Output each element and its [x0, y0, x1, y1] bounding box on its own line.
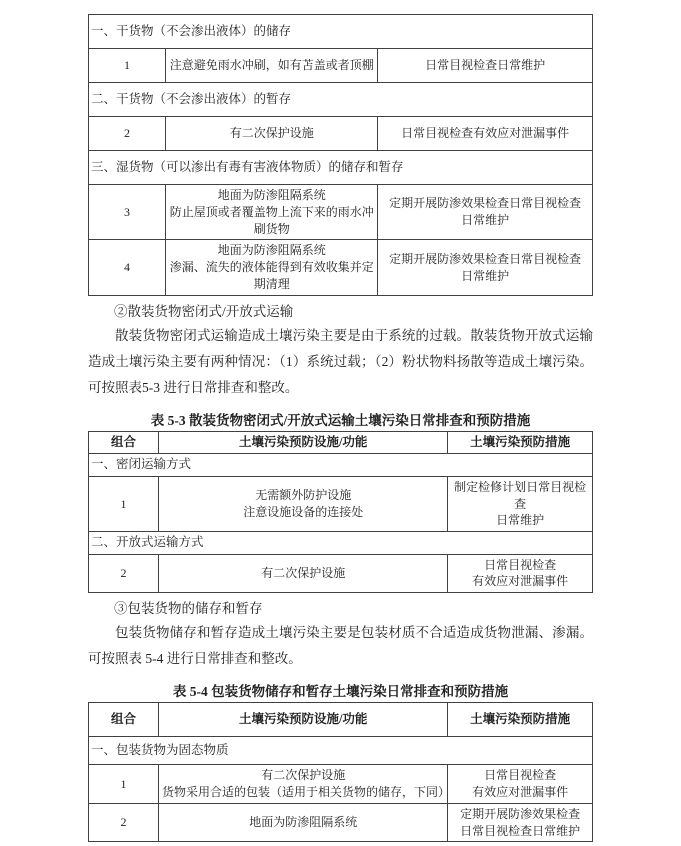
table-5-3-header-0: 组合 — [89, 431, 159, 454]
table-row: 4地面为防渗阻隔系统 渗漏、流失的液体能得到有效收集并定期清理定期开展防渗效果检… — [89, 240, 593, 295]
row-number: 3 — [89, 185, 166, 240]
row-number: 1 — [89, 49, 166, 83]
table-row: 2有二次保护设施日常目视检查 有效应对泄漏事件 — [89, 554, 593, 593]
measure-cell: 定期开展防渗效果检查 日常目视检查日常维护 — [448, 803, 593, 842]
section-label: 一、密闭运输方式 — [89, 454, 593, 477]
section-label: 一、包装货物为固态物质 — [89, 737, 593, 765]
table-header-row: 组合土壤污染预防设施/功能土壤污染预防措施 — [89, 431, 593, 454]
table-5-4-header-1: 土壤污染预防设施/功能 — [159, 703, 448, 737]
measure-cell: 定期开展防渗效果检查日常目视检查 日常维护 — [378, 240, 593, 295]
measure-cell: 日常目视检查 有效应对泄漏事件 — [448, 554, 593, 593]
section-label: 二、干货物（不会渗出液体）的暂存 — [89, 83, 593, 117]
facility-cell: 地面为防渗阻隔系统 防止屋顶或者覆盖物上流下来的雨水冲刷货物 — [166, 185, 378, 240]
row-number: 2 — [89, 554, 159, 593]
table-5-3-header-1: 土壤污染预防设施/功能 — [159, 431, 448, 454]
row-number: 2 — [89, 117, 166, 151]
table-row: 1无需额外防护设施 注意设施设备的连接处制定检修计划日常目视检查 日常维护 — [89, 476, 593, 531]
row-number: 4 — [89, 240, 166, 295]
section-label: 一、干货物（不会渗出液体）的储存 — [89, 15, 593, 49]
section-label: 二、开放式运输方式 — [89, 532, 593, 555]
table-5-4-header-0: 组合 — [89, 703, 159, 737]
facility-cell: 无需额外防护设施 注意设施设备的连接处 — [159, 476, 448, 531]
section-row: 二、干货物（不会渗出液体）的暂存 — [89, 83, 593, 117]
measure-cell: 日常目视检查有效应对泄漏事件 — [378, 117, 593, 151]
table-5-3: 组合土壤污染预防设施/功能土壤污染预防措施一、密闭运输方式1无需额外防护设施 注… — [88, 431, 593, 593]
section-row: 三、湿货物（可以渗出有毒有害液体物质）的储存和暂存 — [89, 151, 593, 185]
table-header-row: 组合土壤污染预防设施/功能土壤污染预防措施 — [89, 703, 593, 737]
section-row: 一、包装货物为固态物质 — [89, 737, 593, 765]
table-5-4-title: 表 5-4 包装货物储存和暂存土壤污染日常排查和预防措施 — [88, 680, 593, 700]
table-5-4-header-2: 土壤污染预防措施 — [448, 703, 593, 737]
row-number: 1 — [89, 765, 159, 804]
table-row: 2有二次保护设施日常目视检查有效应对泄漏事件 — [89, 117, 593, 151]
measure-cell: 定期开展防渗效果检查日常目视检查 日常维护 — [378, 185, 593, 240]
table-5-4: 组合土壤污染预防设施/功能土壤污染预防措施一、包装货物为固态物质1有二次保护设施… — [88, 702, 593, 842]
facility-cell: 地面为防渗阻隔系统 渗漏、流失的液体能得到有效收集并定期清理 — [166, 240, 378, 295]
storage-table-continued: 一、干货物（不会渗出液体）的储存1注意避免雨水冲刷，如有苫盖或者顶棚日常目视检查… — [88, 14, 593, 296]
subheading-bulk-transport: ②散装货物密闭式/开放式运输 — [88, 302, 593, 321]
facility-cell: 注意避免雨水冲刷，如有苫盖或者顶棚 — [166, 49, 378, 83]
facility-cell: 有二次保护设施 — [166, 117, 378, 151]
section-row: 二、开放式运输方式 — [89, 532, 593, 555]
table-row: 3地面为防渗阻隔系统 防止屋顶或者覆盖物上流下来的雨水冲刷货物定期开展防渗效果检… — [89, 185, 593, 240]
row-number: 1 — [89, 476, 159, 531]
table-row: 1注意避免雨水冲刷，如有苫盖或者顶棚日常目视检查日常维护 — [89, 49, 593, 83]
para-packaged-goods: 包装货物储存和暂存造成土壤污染主要是包装材质不合适造成货物泄漏、渗漏。可按照表 … — [88, 620, 593, 672]
measure-cell: 日常目视检查日常维护 — [378, 49, 593, 83]
facility-cell: 地面为防渗阻隔系统 — [159, 803, 448, 842]
table-5-3-title: 表 5-3 散装货物密闭式/开放式运输土壤污染日常排查和预防措施 — [88, 409, 593, 429]
measure-cell: 日常目视检查 有效应对泄漏事件 — [448, 765, 593, 804]
table-row: 1有二次保护设施 货物采用合适的包装（适用于相关货物的储存，下同）日常目视检查 … — [89, 765, 593, 804]
section-row: 一、干货物（不会渗出液体）的储存 — [89, 15, 593, 49]
para-bulk-transport: 散装货物密闭式运输造成土壤污染主要是由于系统的过载。散装货物开放式运输造成土壤污… — [88, 323, 593, 401]
measure-cell: 制定检修计划日常目视检查 日常维护 — [448, 476, 593, 531]
document-page: 一、干货物（不会渗出液体）的储存1注意避免雨水冲刷，如有苫盖或者顶棚日常目视检查… — [0, 0, 681, 846]
table-row: 2地面为防渗阻隔系统定期开展防渗效果检查 日常目视检查日常维护 — [89, 803, 593, 842]
facility-cell: 有二次保护设施 — [159, 554, 448, 593]
section-row: 一、密闭运输方式 — [89, 454, 593, 477]
subheading-packaged-goods: ③包装货物的储存和暂存 — [88, 599, 593, 618]
section-label: 三、湿货物（可以渗出有毒有害液体物质）的储存和暂存 — [89, 151, 593, 185]
document-content: 一、干货物（不会渗出液体）的储存1注意避免雨水冲刷，如有苫盖或者顶棚日常目视检查… — [88, 14, 593, 842]
row-number: 2 — [89, 803, 159, 842]
facility-cell: 有二次保护设施 货物采用合适的包装（适用于相关货物的储存，下同） — [159, 765, 448, 804]
table-5-3-header-2: 土壤污染预防措施 — [448, 431, 593, 454]
